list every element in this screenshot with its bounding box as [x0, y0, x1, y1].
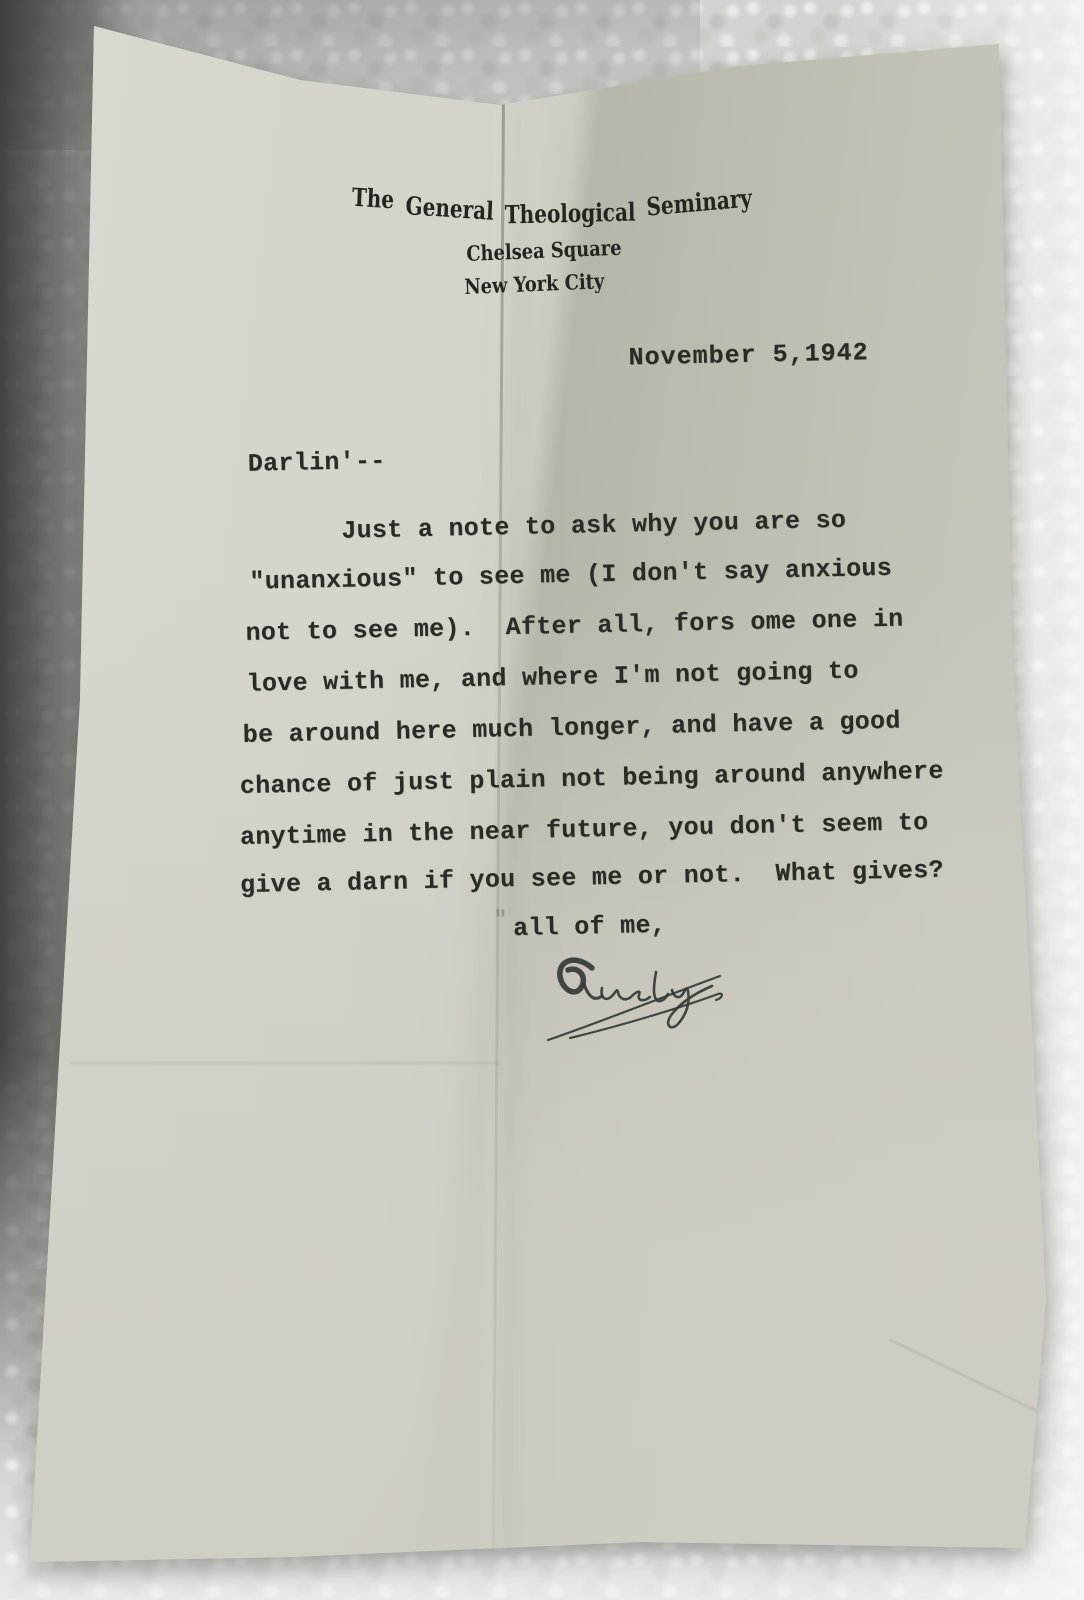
body-line: not to see me). After all, fors ome one …: [245, 605, 903, 648]
body-line: be around here much longer, and have a g…: [242, 707, 900, 750]
body-line: give a darn if you see me or not. What g…: [240, 856, 944, 900]
closing-line: all of me,: [513, 911, 667, 943]
body-line: "unanxious" to see me (I don't say anxio…: [249, 554, 892, 597]
body-line: Just a note to ask why you are so: [341, 506, 846, 546]
body-line: anytime in the near future, you don't se…: [240, 808, 929, 852]
body-line: chance of just plain not being around an…: [240, 757, 944, 801]
handwritten-signature-rusty: [540, 946, 730, 1046]
faint-ink-mark: ": [494, 907, 508, 932]
body-line: love with me, and where I'm not going to: [246, 657, 859, 699]
salutation: Darlin'--: [248, 447, 386, 479]
letter-paper: The General Theological Seminary Chelsea…: [0, 0, 1084, 1600]
typed-text-block: November 5,1942 Darlin'-- Just a note to…: [0, 0, 1084, 1600]
letter-photo: The General Theological Seminary Chelsea…: [0, 0, 1084, 1600]
letter-date: November 5,1942: [628, 338, 869, 372]
letter-paper-wrapper: The General Theological Seminary Chelsea…: [0, 0, 1084, 1600]
